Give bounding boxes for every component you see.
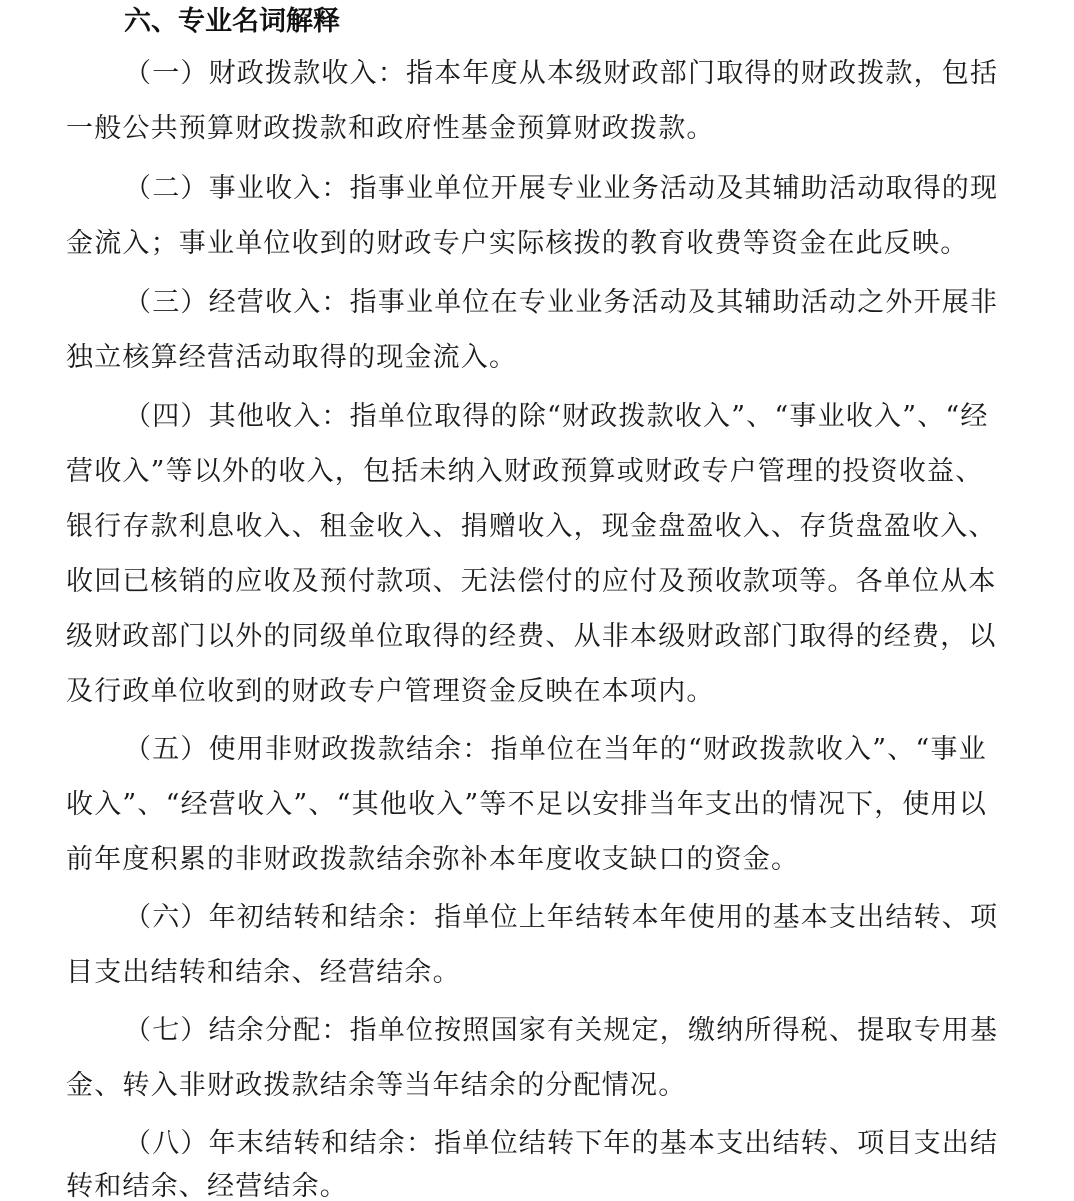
paragraph-1-line-1: （一）财政拨款收入：指本年度从本级财政部门取得的财政拨款，包括 <box>124 56 998 92</box>
paragraph-3-line-1: （三）经营收入：指事业单位在专业业务活动及其辅助活动之外开展非 <box>124 285 998 321</box>
paragraph-4-line-1: （四）其他收入：指单位取得的除“财政拨款收入”、“事业收入”、“经 <box>124 399 989 435</box>
paragraph-6-line-2: 目支出结转和结余、经营结余。 <box>66 955 461 991</box>
paragraph-3-line-2: 独立核算经营活动取得的现金流入。 <box>66 340 517 376</box>
paragraph-8-line-2: 转和结余、经营结余。 <box>66 1169 348 1201</box>
paragraph-8-line-1: （八）年末结转和结余：指单位结转下年的基本支出结转、项目支出结 <box>124 1126 998 1162</box>
paragraph-5-line-3: 前年度积累的非财政拨款结余弥补本年度收支缺口的资金。 <box>66 842 799 878</box>
section-heading: 六、专业名词解释 <box>124 2 340 42</box>
paragraph-7-line-2: 金、转入非财政拨款结余等当年结余的分配情况。 <box>66 1068 686 1104</box>
paragraph-4-line-3: 银行存款利息收入、租金收入、捐赠收入，现金盘盈收入、存货盘盈收入、 <box>66 509 997 545</box>
paragraph-4-line-2: 营收入”等以外的收入，包括未纳入财政预算或财政专户管理的投资收益、 <box>66 454 983 490</box>
paragraph-5-line-1: （五）使用非财政拨款结余：指单位在当年的“财政拨款收入”、“事业 <box>124 732 987 768</box>
paragraph-4-line-4: 收回已核销的应收及预付款项、无法偿付的应付及预收款项等。各单位从本 <box>66 564 997 600</box>
paragraph-6-line-1: （六）年初结转和结余：指单位上年结转本年使用的基本支出结转、项 <box>124 900 998 936</box>
paragraph-4-line-5: 级财政部门以外的同级单位取得的经费、从非本级财政部门取得的经费，以 <box>66 619 997 655</box>
paragraph-2-line-2: 金流入；事业单位收到的财政专户实际核拨的教育收费等资金在此反映。 <box>66 226 968 262</box>
paragraph-7-line-1: （七）结余分配：指单位按照国家有关规定，缴纳所得税、提取专用基 <box>124 1013 998 1049</box>
paragraph-4-line-6: 及行政单位收到的财政专户管理资金反映在本项内。 <box>66 674 715 710</box>
paragraph-2-line-1: （二）事业收入：指事业单位开展专业业务活动及其辅助活动取得的现 <box>124 171 998 207</box>
document-page: 六、专业名词解释 （一）财政拨款收入：指本年度从本级财政部门取得的财政拨款，包括… <box>0 0 1074 1201</box>
paragraph-5-line-2: 收入”、“经营收入”、“其他收入”等不足以安排当年支出的情况下，使用以 <box>66 787 987 823</box>
paragraph-1-line-2: 一般公共预算财政拨款和政府性基金预算财政拨款。 <box>66 111 715 147</box>
